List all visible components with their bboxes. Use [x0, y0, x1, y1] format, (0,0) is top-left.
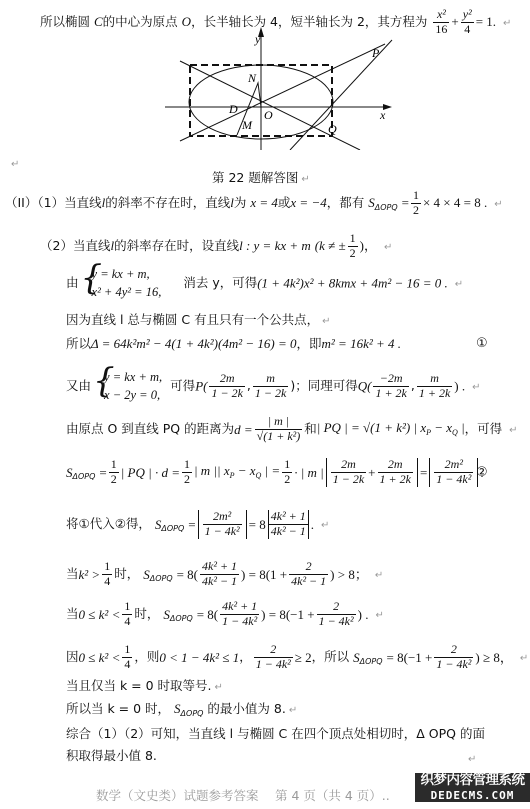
text: 时， — [134, 606, 159, 621]
fraction: 12 — [182, 458, 192, 487]
operator: + — [451, 14, 458, 29]
text: ，所以 — [312, 649, 350, 664]
case-k2-less-line: 当0 ≤ k² <14时， SΔOPQ = 8(4k² + 11 − 4k²) … — [66, 600, 384, 629]
numerator: m — [253, 372, 288, 387]
subscript: ΔOPQ — [150, 574, 173, 583]
equation: Δ = 64k²m² − 4(1 + 4k²)(4m² − 16) = 0 — [91, 336, 296, 351]
denominator: 16 — [433, 23, 449, 37]
label-x: x — [379, 108, 386, 122]
condition: 0 ≤ k² < — [79, 607, 121, 622]
denominator: 1 + 2k — [378, 473, 413, 487]
operator: = — [99, 465, 106, 480]
return-mark: ↵ — [503, 18, 511, 29]
fraction: | m |√(1 + k²) — [255, 415, 303, 444]
system1-line: 由y = kx + m,x² + 4y² = 16, 消去 y，可得(1 + 4… — [66, 265, 463, 301]
system-row: y = kx + m, — [104, 368, 162, 386]
numerator: 1 — [122, 600, 132, 615]
denominator: 1 − 4k² — [434, 473, 473, 487]
text: （2）当直线 — [40, 238, 110, 253]
numerator: x² — [433, 8, 449, 23]
fraction-y2-4: y²4 — [461, 8, 474, 37]
text: （II）（1）当直线 — [5, 195, 102, 210]
watermark-line2: DEDECMS.COM — [415, 789, 530, 802]
fraction: 21 − 4k² — [317, 600, 356, 629]
denominator: 4k² − 1 — [268, 525, 309, 539]
equation-tail: = 1. — [476, 14, 496, 29]
numerator: 1 — [282, 458, 292, 473]
expression: ) ≥ 8， — [475, 650, 512, 665]
fraction: 4k² + 11 − 4k² — [220, 600, 259, 629]
return-mark: ↵ — [468, 754, 476, 765]
system-row: x − 2y = 0, — [104, 386, 162, 404]
operator: = 8 — [249, 517, 266, 532]
numerator: 1 — [182, 458, 192, 473]
absolute-value: 2m1 − 2k+2m1 + 2k — [326, 458, 418, 487]
point-P: P( — [195, 379, 207, 394]
condition: 0 ≤ k² < — [79, 650, 121, 665]
numerator: 2m² — [203, 510, 242, 525]
fraction: 2m1 + 2k — [378, 458, 413, 487]
return-mark: ↵ — [322, 316, 330, 327]
return-mark: ↵ — [494, 199, 502, 210]
conclusion-line-1: 综合（1）（2）可知，当直线 l 与椭圆 C 在四个顶点处相切时，Δ OPQ 的… — [66, 728, 485, 741]
fraction: 2m1 − 2k — [331, 458, 366, 487]
operator: = — [188, 517, 195, 532]
return-mark: ↵ — [375, 610, 383, 621]
fraction: 21 − 4k² — [434, 643, 473, 672]
fraction: 21 − 4k² — [254, 643, 293, 672]
fraction: 24k² − 1 — [289, 560, 328, 589]
case1-line: （II）（1）当直线l的斜率不存在时，直线l为 x = 4或x = −4，都有 … — [5, 189, 503, 218]
tangent-line: 因为直线 l 总与椭圆 C 有且只有一个公共点，↵ — [66, 314, 331, 327]
text: ，则 — [134, 649, 159, 664]
equation-system: y = kx + m,x² + 4y² = 16, — [83, 265, 162, 301]
numerator: m — [417, 372, 452, 387]
text: 所以当 k = 0 时， — [66, 701, 170, 716]
pq-length: | PQ | = √(1 + k²) | xP − xQ | — [317, 420, 465, 435]
denominator: 2 — [348, 247, 358, 261]
text: 为 — [234, 195, 247, 210]
numerator: 1 — [411, 189, 421, 204]
var-C: C — [94, 14, 103, 29]
text: 积取得最小值 8. — [66, 748, 157, 763]
minimum-line: 所以当 k = 0 时， SΔOPQ 的最小值为 8.↵ — [66, 702, 297, 718]
fraction: m1 + 2k — [417, 372, 452, 401]
discriminant-line: 所以Δ = 64k²m² − 4(1 + 4k²)(4m² − 16) = 0，… — [66, 337, 506, 351]
subscript: ΔOPQ — [360, 657, 383, 666]
text: 的斜率存在时，设直线 — [114, 238, 239, 253]
denominator: 4k² − 1 — [289, 575, 328, 589]
denominator: 1 − 2k — [331, 473, 366, 487]
numerator: −2m — [373, 372, 408, 387]
denominator: 1 − 2k — [253, 387, 288, 401]
numerator: 2m — [331, 458, 366, 473]
pq-expression: − x — [431, 420, 452, 435]
text: 因为直线 l 总与椭圆 C 有且只有一个公共点， — [66, 312, 319, 327]
fraction: 2m1 − 2k — [209, 372, 244, 401]
substitute-line: 将①代入②得， SΔOPQ =2m²1 − 4k²= 84k² + 14k² −… — [66, 510, 329, 539]
fraction-abs: 4k² + 14k² − 1 — [268, 510, 309, 539]
fraction-x2-16: x²16 — [433, 8, 449, 37]
area-line: SΔOPQ =12| PQ | · d =12| m || xP − xQ | … — [66, 458, 516, 487]
text: 又由 — [66, 378, 91, 393]
equation-tail: × 4 × 4 = 8 . — [423, 195, 487, 210]
pq-expression: | — [458, 420, 465, 435]
text: 由原点 O 到直线 PQ 的距离为 — [66, 421, 234, 436]
denominator: √(1 + k²) — [255, 430, 303, 444]
return-mark: ↵ — [384, 242, 392, 253]
denominator: 1 − 4k² — [254, 658, 293, 672]
equation: d = — [234, 422, 253, 437]
system-row: x² + 4y² = 16, — [92, 283, 162, 301]
return-mark: ↵ — [11, 159, 19, 170]
text: 当且仅当 k = 0 时取等号. — [66, 678, 212, 693]
text: 消去 y，可得 — [183, 275, 257, 290]
label-M: M — [241, 118, 253, 132]
fraction: 4k² + 14k² − 1 — [200, 560, 239, 589]
absolute-value: 2m²1 − 4k² — [429, 458, 478, 487]
numerator: 2m² — [434, 458, 473, 473]
numerator: | m | — [255, 415, 303, 430]
case2-line: （2）当直线l的斜率存在时，设直线l : y = kx + m (k ≠ ±12… — [40, 232, 392, 261]
equation: (1 + 4k²)x² + 8kmx + 4m² − 16 = 0 . — [257, 276, 448, 291]
expression-part: − x — [235, 463, 256, 478]
subscript: ΔOPQ — [181, 709, 204, 718]
operator: + — [368, 465, 375, 480]
distance-line: 由原点 O 到直线 PQ 的距离为d =| m |√(1 + k²)和| PQ … — [66, 415, 518, 444]
fraction: 14 — [122, 600, 132, 629]
expression: ) . — [358, 607, 369, 622]
equality-line: 当且仅当 k = 0 时取等号.↵ — [66, 680, 223, 693]
pq-expression: | PQ | = √(1 + k²) | x — [317, 420, 426, 435]
text: )；同理可得 — [290, 378, 357, 393]
denominator: 4k² − 1 — [200, 575, 239, 589]
denominator: 2 — [411, 204, 421, 218]
return-mark: ↵ — [509, 425, 517, 436]
numerator: 4k² + 1 — [200, 560, 239, 575]
numerator: 2 — [434, 643, 473, 658]
text: 由 — [66, 275, 79, 290]
text: ，可得 — [465, 421, 503, 436]
fraction: 14 — [102, 560, 112, 589]
equation: x = 4 — [250, 195, 278, 210]
denominator: 2 — [282, 473, 292, 487]
operator: = — [420, 465, 427, 480]
return-mark: ↵ — [520, 653, 528, 664]
denominator: 4 — [122, 658, 132, 672]
return-mark: ↵ — [301, 174, 309, 185]
line-y-half-x — [180, 44, 385, 141]
expression: ) = 8(1 + — [241, 567, 287, 582]
expression: ) = 8(−1 + — [261, 607, 314, 622]
return-mark: ↵ — [472, 382, 480, 393]
expression-part: | m || x — [194, 463, 230, 478]
return-mark: ↵ — [455, 279, 463, 290]
point-Q: Q( — [358, 379, 372, 394]
footer-text: 数学（文史类）试题参考答案 第 4 页（共 4 页）.. — [96, 788, 390, 803]
text: 的斜率不存在时，直线 — [105, 195, 230, 210]
expression: = 8( — [177, 567, 198, 582]
fraction: 12 — [109, 458, 119, 487]
return-mark-line: ↵ — [465, 752, 476, 765]
text: ，都有 — [327, 195, 365, 210]
condition: (k ≠ ± — [315, 238, 346, 253]
numerator: 1 — [109, 458, 119, 473]
text: 当 — [66, 606, 79, 621]
expression: ) > 8； — [330, 567, 368, 582]
system-row: y = kx + m, — [92, 265, 162, 283]
intro-text: 所以椭圆 — [40, 14, 90, 29]
numerator: 4k² + 1 — [268, 510, 309, 525]
absolute-value: 2m²1 − 4k² — [198, 510, 247, 539]
case-k2-greater-line: 当k² >14时， SΔOPQ = 8(4k² + 14k² − 1) = 8(… — [66, 560, 383, 589]
numerator: 1 — [122, 643, 132, 658]
subscript: ΔOPQ — [161, 524, 184, 533]
fraction: 2m²1 − 4k² — [434, 458, 473, 487]
inequality: ≥ 2 — [295, 650, 312, 665]
equation: x = −4 — [290, 195, 326, 210]
denominator: 4 — [122, 615, 132, 629]
watermark-line1: 织梦内容管理系统 — [415, 773, 530, 789]
watermark-logo: 织梦内容管理系统 DEDECMS.COM — [415, 773, 530, 802]
expression: = 8(−1 + — [387, 650, 433, 665]
denominator: 1 + 2k — [417, 387, 452, 401]
numerator: 1 — [102, 560, 112, 575]
return-mark: ↵ — [289, 705, 297, 716]
text: 和 — [304, 421, 317, 436]
expression: · | m | — [294, 465, 324, 480]
denominator: 1 − 4k² — [317, 615, 356, 629]
text: 综合（1）（2）可知，当直线 l 与椭圆 C 在四个顶点处相切时，Δ OPQ 的… — [66, 726, 485, 741]
denominator: 2 — [109, 473, 119, 487]
return-mark: ↵ — [215, 682, 223, 693]
label-y: y — [254, 32, 261, 46]
numerator: 2 — [254, 643, 293, 658]
because-line: 因0 ≤ k² <14，则0 < 1 − 4k² ≤ 1，21 − 4k²≥ 2… — [66, 643, 528, 672]
separator: ， — [239, 649, 252, 664]
expression: = 8( — [197, 607, 218, 622]
numerator: 1 — [348, 232, 358, 247]
text: 将①代入②得， — [66, 516, 151, 531]
expression-part: | = — [261, 463, 280, 478]
denominator: 4 — [102, 575, 112, 589]
text: ，即 — [297, 336, 322, 351]
period: . — [311, 517, 314, 532]
equation: m² = 16k² + 4 . — [322, 336, 402, 351]
operator: = — [402, 195, 409, 210]
label-P: P — [371, 46, 380, 60]
fraction: 12 — [411, 189, 421, 218]
fraction: 14 — [122, 643, 132, 672]
subscript: ΔOPQ — [73, 472, 96, 481]
condition: k² > — [79, 567, 101, 582]
return-mark: ↵ — [375, 570, 383, 581]
caption-text: 第 22 题解答图 — [212, 170, 298, 185]
fraction: 2m²1 − 4k² — [203, 510, 242, 539]
text: 时， — [114, 566, 139, 581]
numerator: 2m — [378, 458, 413, 473]
equation-marker-1: ① — [476, 337, 488, 350]
inequality: 0 < 1 − 4k² ≤ 1 — [159, 650, 239, 665]
expression: | PQ | · d = — [121, 465, 180, 480]
fraction: 12 — [282, 458, 292, 487]
numerator: 4k² + 1 — [220, 600, 259, 615]
return-mark: ↵ — [321, 520, 329, 531]
close-paren: ) . — [454, 379, 465, 394]
condition-close: )， — [360, 238, 377, 253]
numerator: 2 — [289, 560, 328, 575]
text: 当 — [66, 566, 79, 581]
text: 所以 — [66, 336, 91, 351]
expression: | m || xP − xQ | = — [194, 463, 280, 478]
fraction: −2m1 + 2k — [373, 372, 408, 401]
page-footer: 数学（文史类）试题参考答案 第 4 页（共 4 页）.. — [96, 790, 390, 803]
figure-caption: 第 22 题解答图↵ — [212, 172, 310, 185]
subscript: ΔOPQ — [375, 203, 398, 212]
fraction: 12 — [348, 232, 358, 261]
system2-line: 又由y = kx + m,x − 2y = 0, 可得P(2m1 − 2k,m1… — [66, 368, 481, 404]
denominator: 1 − 4k² — [220, 615, 259, 629]
label-N: N — [247, 71, 257, 85]
denominator: 4 — [461, 23, 474, 37]
numerator: y² — [461, 8, 474, 23]
label-D: D — [228, 102, 238, 116]
denominator: 1 − 4k² — [434, 658, 473, 672]
denominator: 1 − 2k — [209, 387, 244, 401]
text: 可得 — [170, 378, 195, 393]
text: 的最小值为 8. — [207, 701, 285, 716]
label-O: O — [264, 108, 273, 122]
return-mark-line: ↵ — [8, 157, 19, 170]
label-Q: Q — [328, 122, 337, 136]
numerator: 2 — [317, 600, 356, 615]
denominator: 2 — [182, 473, 192, 487]
equation: l : y = kx + m — [239, 238, 311, 253]
text: 因 — [66, 649, 79, 664]
subscript: ΔOPQ — [170, 614, 193, 623]
text: 或 — [278, 195, 291, 210]
fraction: m1 − 2k — [253, 372, 288, 401]
denominator: 1 + 2k — [373, 387, 408, 401]
denominator: 1 − 4k² — [203, 525, 242, 539]
equation-system: y = kx + m,x − 2y = 0, — [95, 368, 162, 404]
ellipse-figure: y x O N D M P Q — [160, 25, 400, 150]
numerator: 2m — [209, 372, 244, 387]
conclusion-line-2: 积取得最小值 8. — [66, 750, 157, 763]
equation-marker-2: ② — [476, 466, 488, 479]
